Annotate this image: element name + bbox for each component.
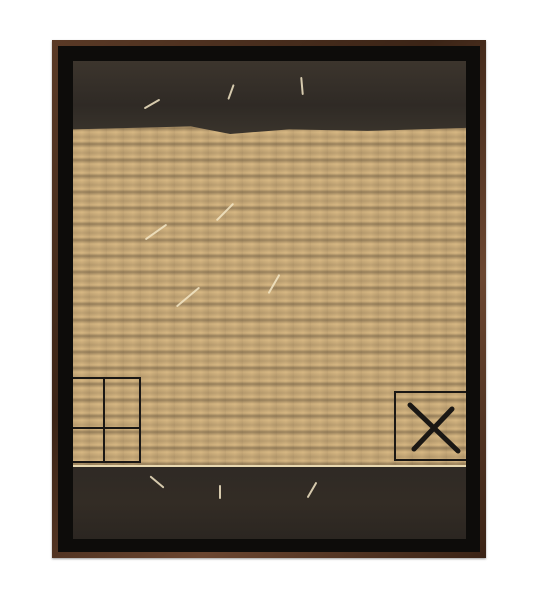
dark-band-top bbox=[73, 61, 466, 137]
x-mark bbox=[394, 391, 466, 461]
black-mat bbox=[58, 46, 480, 552]
artwork-canvas bbox=[73, 61, 466, 539]
x-cross-icon bbox=[396, 393, 466, 459]
grid-mark bbox=[73, 377, 141, 463]
picture-frame bbox=[52, 40, 486, 558]
scratch-mark bbox=[219, 485, 221, 499]
dark-band-bottom bbox=[73, 465, 466, 539]
